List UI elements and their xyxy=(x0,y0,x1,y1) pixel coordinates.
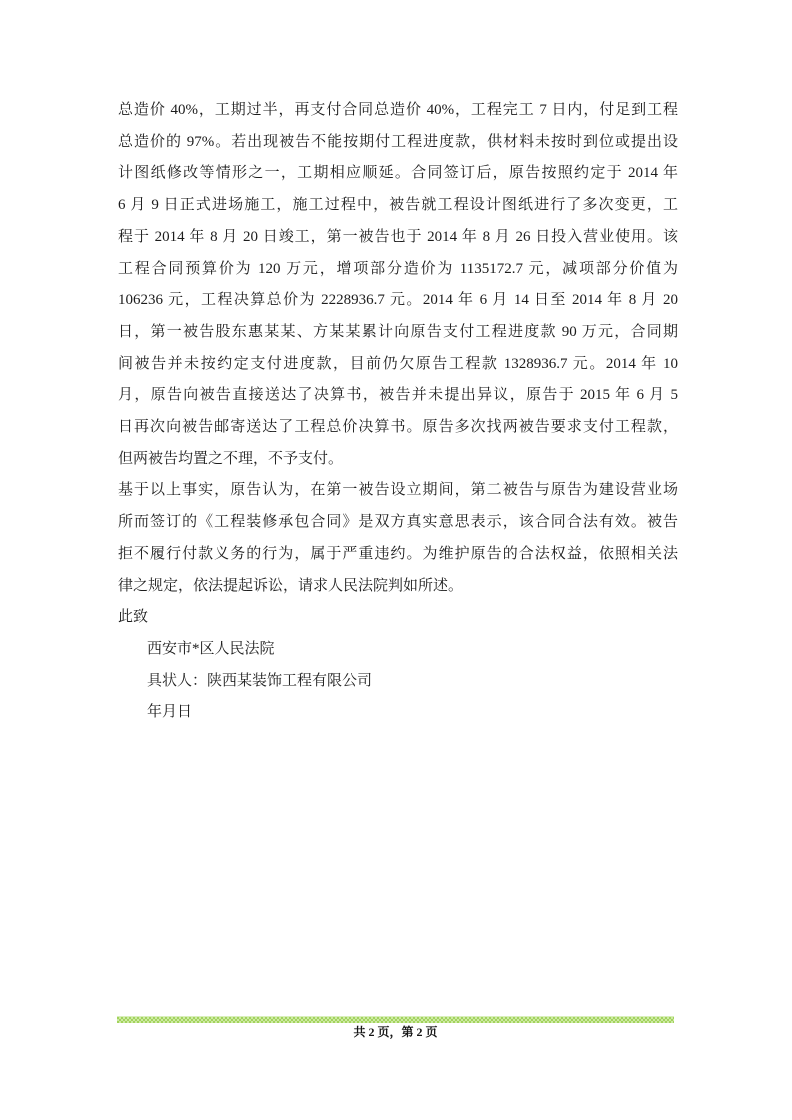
document-body: 总造价 40%，工期过半，再支付合同总造价 40%，工程完工 7 日内，付足到工… xyxy=(118,95,678,729)
text-line: 日，第一被告股东惠某某、方某某累计向原告支付工程进度款 90 万元，合同期 xyxy=(118,317,678,349)
text-line: 106236 元，工程决算总价为 2228936.7 元。2014 年 6 月 … xyxy=(118,285,678,317)
text-line: 年月日 xyxy=(118,697,678,729)
text-line: 基于以上事实，原告认为，在第一被告设立期间，第二被告与原告为建设营业场 xyxy=(118,475,678,507)
page-footer: 共 2 页，第 2 页 xyxy=(117,1024,674,1041)
text-line: 程于 2014 年 8 月 20 日竣工，第一被告也于 2014 年 8 月 2… xyxy=(118,222,678,254)
text-line: 计图纸修改等情形之一，工期相应顺延。合同签订后，原告按照约定于 2014 年 xyxy=(118,158,678,190)
text-line: 此致 xyxy=(118,602,678,634)
text-line: 间被告并未按约定支付进度款，目前仍欠原告工程款 1328936.7 元。2014… xyxy=(118,349,678,381)
text-line: 总造价的 97%。若出现被告不能按期付工程进度款，供材料未按时到位或提出设 xyxy=(118,127,678,159)
text-line: 律之规定，依法提起诉讼，请求人民法院判如所述。 xyxy=(118,571,678,603)
text-line: 6 月 9 日正式进场施工，施工过程中，被告就工程设计图纸进行了多次变更，工 xyxy=(118,190,678,222)
text-line: 日再次向被告邮寄送达了工程总价决算书。原告多次找两被告要求支付工程款， xyxy=(118,412,678,444)
text-line: 西安市*区人民法院 xyxy=(118,634,678,666)
text-line: 所而签订的《工程装修承包合同》是双方真实意思表示，该合同合法有效。被告 xyxy=(118,507,678,539)
text-line: 总造价 40%，工期过半，再支付合同总造价 40%，工程完工 7 日内，付足到工… xyxy=(118,95,678,127)
text-line: 拒不履行付款义务的行为，属于严重违约。为维护原告的合法权益，依照相关法 xyxy=(118,539,678,571)
text-line: 月，原告向被告直接送达了决算书，被告并未提出异议，原告于 2015 年 6 月 … xyxy=(118,380,678,412)
document-page: 总造价 40%，工期过半，再支付合同总造价 40%，工程完工 7 日内，付足到工… xyxy=(0,0,792,1120)
text-line: 但两被告均置之不理，不予支付。 xyxy=(118,444,678,476)
text-line: 具状人：陕西某装饰工程有限公司 xyxy=(118,666,678,698)
page-number-label: 共 2 页，第 2 页 xyxy=(353,1025,437,1039)
text-line: 工程合同预算价为 120 万元，增项部分造价为 1135172.7 元，减项部分… xyxy=(118,254,678,286)
footer-divider-bar xyxy=(117,1016,674,1023)
